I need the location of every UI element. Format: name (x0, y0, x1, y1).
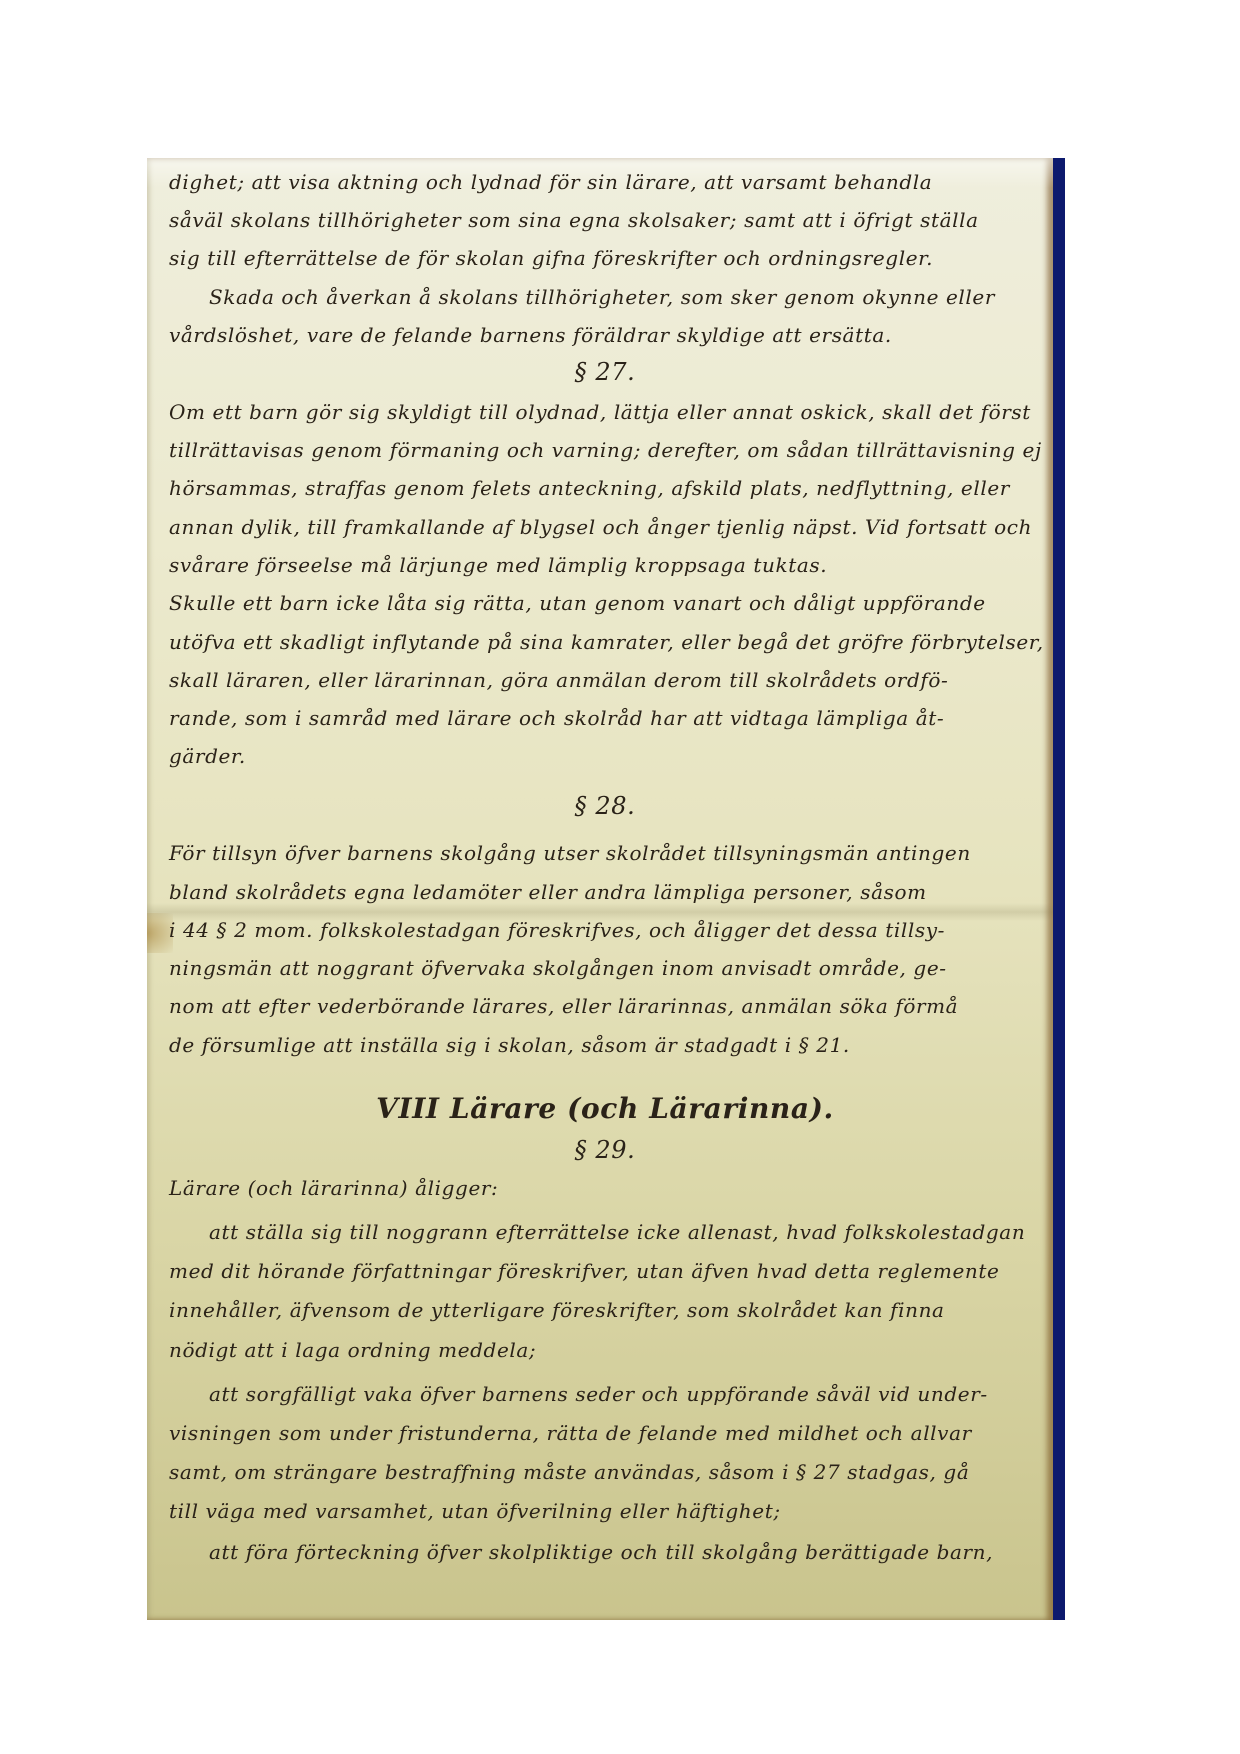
text-line: Skulle ett barn icke låta sig rätta, uta… (169, 591, 986, 615)
text-line: sig till efterrättelse de för skolan gif… (169, 246, 933, 270)
text-line: hörsammas, straffas genom felets anteckn… (169, 476, 1010, 500)
text-line: innehåller, äfvensom de ytterligare före… (169, 1298, 945, 1322)
section-heading-28: § 28. (169, 792, 1041, 820)
text-line: Om ett barn gör sig skyldigt till olydna… (169, 400, 1031, 424)
text-line: gärder. (169, 744, 246, 768)
text-line: med dit hörande författningar föreskrifv… (169, 1259, 999, 1283)
text-line: skall läraren, eller lärarinnan, göra an… (169, 668, 948, 692)
manuscript-page: dighet; att visa aktning och lydnad för … (147, 158, 1053, 1620)
text-line: att föra förteckning öfver skolpliktige … (209, 1540, 993, 1564)
text-line: ningsmän att noggrant öfvervaka skolgång… (169, 956, 947, 980)
text-line: svårare förseelse må lärjunge med lämpli… (169, 553, 827, 577)
chapter-heading: VIII Lärare (och Lärarinna). (169, 1092, 1041, 1125)
text-line: vårdslöshet, vare de felande barnens för… (169, 323, 892, 347)
text-line: samt, om strängare bestraffning måste an… (169, 1460, 969, 1484)
text-line: dighet; att visa aktning och lydnad för … (169, 170, 932, 194)
text-line: att sorgfälligt vaka öfver barnens seder… (209, 1382, 988, 1406)
text-line: Skada och åverkan å skolans tillhörighet… (209, 285, 995, 309)
text-line: annan dylik, till framkallande af blygse… (169, 515, 1032, 539)
section-heading-27: § 27. (169, 358, 1041, 386)
text-line: såväl skolans tillhörigheter som sina eg… (169, 208, 979, 232)
document-photo: dighet; att visa aktning och lydnad för … (147, 158, 1065, 1620)
text-line: nödigt att i laga ordning meddela; (169, 1338, 536, 1362)
text-line: rande, som i samråd med lärare och skolr… (169, 706, 944, 730)
text-line: bland skolrådets egna ledamöter eller an… (169, 880, 927, 904)
text-line: till väga med varsamhet, utan öfverilnin… (169, 1499, 781, 1523)
text-line: att ställa sig till noggrann efterrättel… (209, 1220, 1025, 1244)
text-line: nom att efter vederbörande lärares, elle… (169, 994, 958, 1018)
text-line: För tillsyn öfver barnens skolgång utser… (169, 841, 971, 865)
text-line: Lärare (och lärarinna) åligger: (169, 1176, 498, 1200)
text-line: visningen som under fristunderna, rätta … (169, 1421, 972, 1445)
text-line: utöfva ett skadligt inflytande på sina k… (169, 630, 1044, 654)
text-line: tillrättavisas genom förmaning och varni… (169, 438, 1042, 462)
text-line: de försumlige att inställa sig i skolan,… (169, 1033, 850, 1057)
text-line: i 44 § 2 mom. folkskolestadgan föreskrif… (169, 918, 945, 942)
section-heading-29: § 29. (169, 1136, 1041, 1164)
